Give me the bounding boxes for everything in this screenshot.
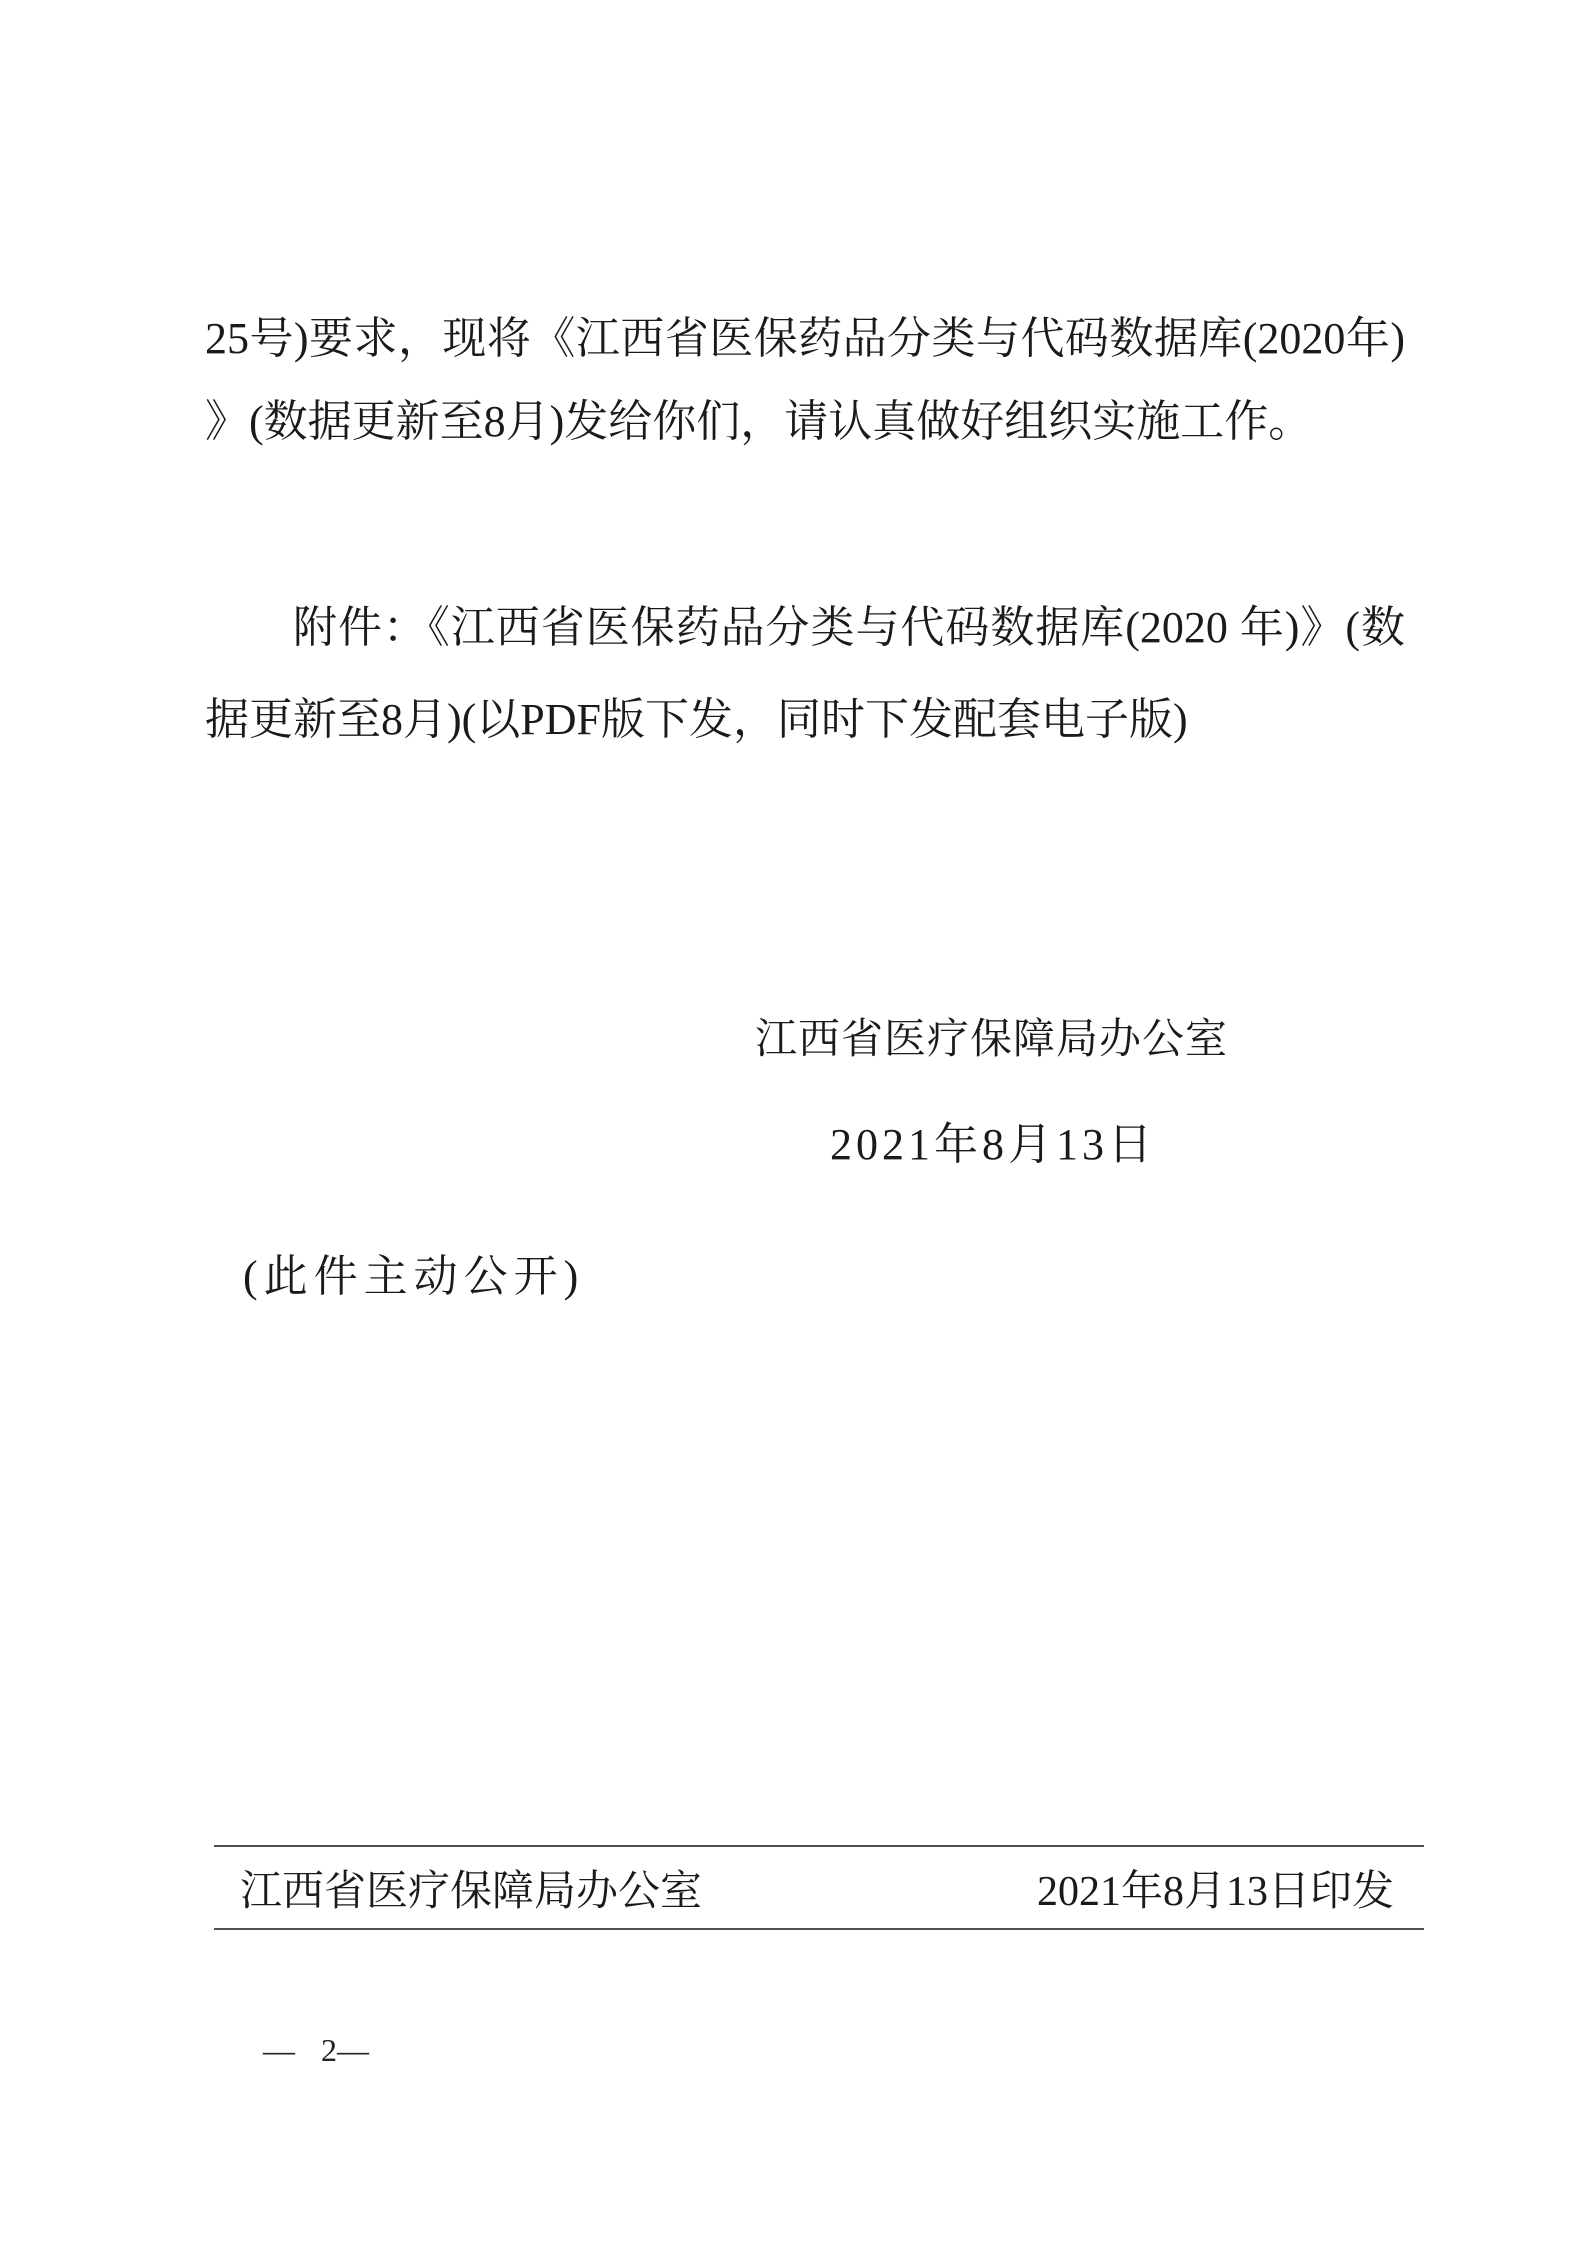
document-page: 25号)要求，现将《江西省医保药品分类与代码数据库(2020年) 》(数据更新至…	[0, 0, 1586, 2244]
page-number-dash-right: —	[337, 2032, 369, 2068]
footer-print-date: 2021年8月13日印发	[1037, 1858, 1394, 1918]
signature-date: 2021年8月13日	[830, 1108, 1156, 1172]
disclosure-note: (此件主动公开)	[243, 1240, 584, 1304]
page-number: —2—	[263, 2032, 369, 2069]
page-number-dash-left: —	[263, 2032, 295, 2068]
footer-rule-top	[214, 1845, 1424, 1847]
attachment-paragraph-line2: 据更新至8月)(以PDF版下发，同时下发配套电子版)	[205, 695, 1405, 744]
body-paragraph1-line1: 25号)要求，现将《江西省医保药品分类与代码数据库(2020年)	[205, 314, 1405, 363]
attachment-paragraph-line1: 附件：《江西省医保药品分类与代码数据库(2020 年)》(数	[205, 603, 1405, 652]
signature-organization: 江西省医疗保障局办公室	[755, 1006, 1228, 1066]
footer-rule-bottom	[214, 1928, 1424, 1930]
page-number-value: 2	[321, 2032, 337, 2068]
body-paragraph1-line2: 》(数据更新至8月)发给你们，请认真做好组织实施工作。	[205, 397, 1405, 446]
footer-issuer: 江西省医疗保障局办公室	[240, 1858, 702, 1918]
